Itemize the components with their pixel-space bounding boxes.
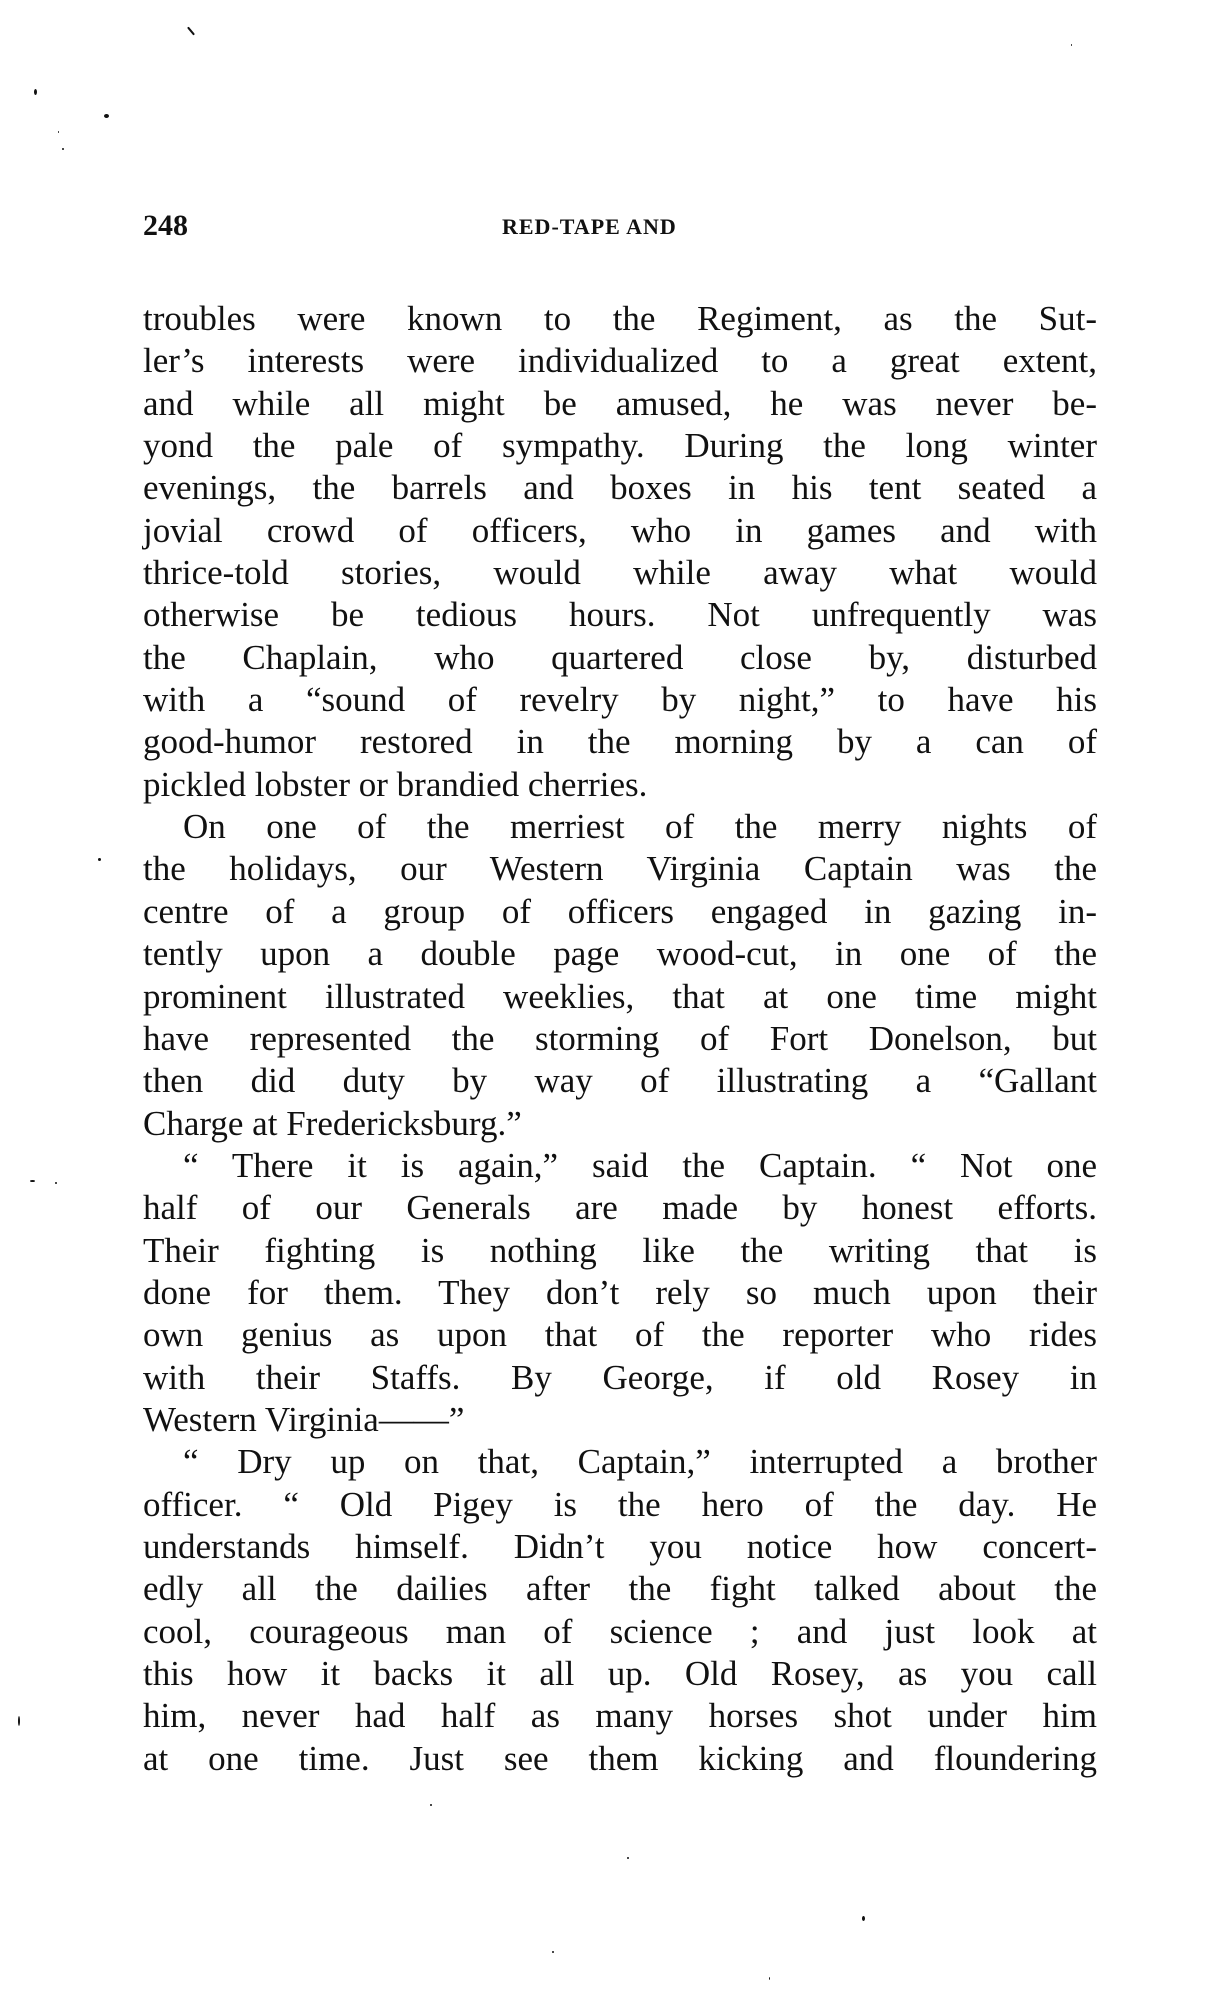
scan-speck <box>430 1804 432 1806</box>
scan-speck <box>552 1951 554 1953</box>
paragraph: “ There it is again,” said the Captain. … <box>143 1145 1097 1441</box>
running-title: RED-TAPE AND <box>502 212 748 242</box>
scan-speck <box>58 131 59 133</box>
text-line: have represented the storming of Fort Do… <box>143 1018 1097 1060</box>
scan-speck <box>627 1857 629 1859</box>
text-line: with a “sound of revelry by night,” to h… <box>143 679 1097 721</box>
text-line: the holidays, our Western Virginia Capta… <box>143 848 1097 890</box>
text-line: Western Virginia——” <box>143 1399 1097 1441</box>
text-line: half of our Generals are made by honest … <box>143 1187 1097 1229</box>
text-line: “ There it is again,” said the Captain. … <box>143 1145 1097 1187</box>
text-line: understands himself. Didn’t you notice h… <box>143 1526 1097 1568</box>
body-text: troubles were known to the Regiment, as … <box>143 298 1097 1780</box>
text-line: Charge at Fredericksburg.” <box>143 1103 1097 1145</box>
text-line: then did duty by way of illustrating a “… <box>143 1060 1097 1102</box>
text-line: him, never had half as many horses shot … <box>143 1695 1097 1737</box>
running-head: 248 RED-TAPE AND <box>143 209 1097 243</box>
text-line: edly all the dailies after the fight tal… <box>143 1568 1097 1610</box>
text-line: good-humor restored in the morning by a … <box>143 721 1097 763</box>
text-line: evenings, the barrels and boxes in his t… <box>143 467 1097 509</box>
book-page: 248 RED-TAPE AND troubles were known to … <box>0 0 1210 2001</box>
text-line: prominent illustrated weeklies, that at … <box>143 976 1097 1018</box>
text-line: otherwise be tedious hours. Not unfreque… <box>143 594 1097 636</box>
page-number: 248 <box>143 209 188 243</box>
text-line: troubles were known to the Regiment, as … <box>143 298 1097 340</box>
scan-speck <box>18 1716 20 1726</box>
scan-speck <box>862 1916 865 1921</box>
text-line: done for them. They don’t rely so much u… <box>143 1272 1097 1314</box>
scan-speck <box>104 114 109 118</box>
text-line: jovial crowd of officers, who in games a… <box>143 510 1097 552</box>
scan-speck <box>187 27 195 36</box>
text-line: yond the pale of sympathy. During the lo… <box>143 425 1097 467</box>
text-line: at one time. Just see them kicking and f… <box>143 1738 1097 1780</box>
text-line: this how it backs it all up. Old Rosey, … <box>143 1653 1097 1695</box>
text-line: cool, courageous man of science ; and ju… <box>143 1611 1097 1653</box>
text-line: thrice-told stories, would while away wh… <box>143 552 1097 594</box>
text-line: On one of the merriest of the merry nigh… <box>143 806 1097 848</box>
scan-speck <box>769 1977 770 1980</box>
text-line: own genius as upon that of the reporter … <box>143 1314 1097 1356</box>
scan-speck <box>30 1180 35 1182</box>
paragraph: “ Dry up on that, Captain,” interrupted … <box>143 1441 1097 1780</box>
text-line: “ Dry up on that, Captain,” interrupted … <box>143 1441 1097 1483</box>
text-line: and while all might be amused, he was ne… <box>143 383 1097 425</box>
text-line: centre of a group of officers engaged in… <box>143 891 1097 933</box>
text-line: the Chaplain, who quartered close by, di… <box>143 637 1097 679</box>
scan-speck <box>34 89 37 95</box>
paragraph: troubles were known to the Regiment, as … <box>143 298 1097 806</box>
scan-speck <box>62 148 64 150</box>
scan-speck <box>98 858 101 861</box>
text-line: pickled lobster or brandied cherries. <box>143 764 1097 806</box>
text-line: with their Staffs. By George, if old Ros… <box>143 1357 1097 1399</box>
text-line: Their fighting is nothing like the writi… <box>143 1230 1097 1272</box>
text-line: ler’s interests were individualized to a… <box>143 340 1097 382</box>
paragraph: On one of the merriest of the merry nigh… <box>143 806 1097 1145</box>
text-line: officer. “ Old Pigey is the hero of the … <box>143 1484 1097 1526</box>
scan-speck <box>55 1182 57 1184</box>
scan-speck <box>1071 44 1072 46</box>
text-line: tently upon a double page wood-cut, in o… <box>143 933 1097 975</box>
